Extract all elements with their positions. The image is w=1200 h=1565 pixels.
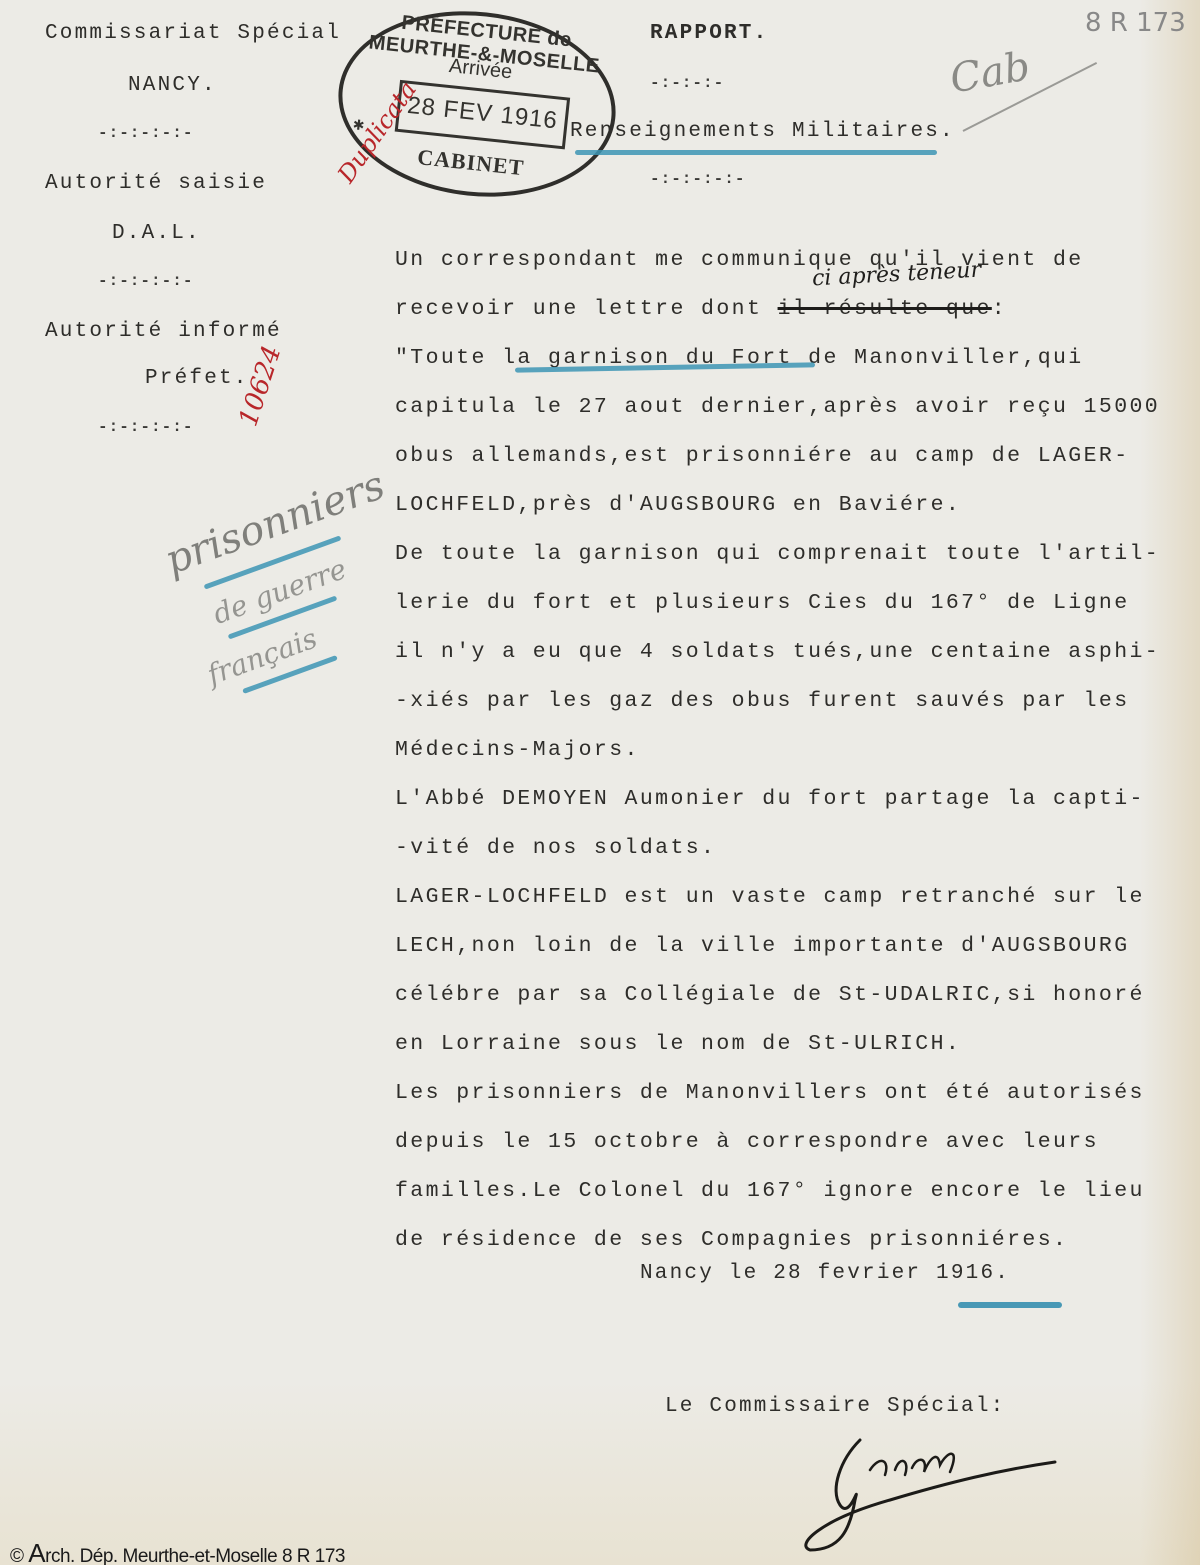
document-type: RAPPORT. (650, 22, 768, 45)
body-line: recevoir une lettre dont il résulte que: (395, 285, 1195, 334)
place-date: Nancy le 28 fevrier 1916. (640, 1262, 1010, 1285)
body-line-end: : (992, 297, 1007, 321)
body-line: -xiés par les gaz des obus furent sauvés… (395, 677, 1195, 726)
body-line: capitula le 27 aout dernier,après avoir … (395, 383, 1195, 432)
margin-note-line: prisonniers (159, 462, 391, 584)
body-line: lerie du fort et plusieurs Cies du 167° … (395, 579, 1195, 628)
body-line: obus allemands,est prisonniére au camp d… (395, 432, 1195, 481)
body-line: LAGER-LOCHFELD est un vaste camp retranc… (395, 873, 1195, 922)
stamp-date: 28 FEV 1916 (399, 91, 566, 136)
body-line: Les prisonniers de Manonvillers ont été … (395, 1069, 1195, 1118)
signature (800, 1400, 1080, 1560)
separator: -:-:-:- (650, 74, 724, 92)
body-line-text: recevoir une lettre dont (395, 297, 778, 321)
archive-copyright: © Arch. Dép. Meurthe-et-Moselle 8 R 173 (10, 1538, 345, 1565)
body-line: familles.Le Colonel du 167° ignore encor… (395, 1167, 1195, 1216)
date-underline (958, 1302, 1062, 1308)
copyright-text: rch. Dép. Meurthe-et-Moselle 8 R 173 (45, 1546, 345, 1565)
archive-reference: 8 R 173 (1085, 8, 1186, 38)
separator: -:-:-:-:- (98, 124, 193, 142)
pencil-note-cab: Cab (947, 43, 1034, 102)
office-name: Commissariat Spécial (45, 22, 341, 45)
separator: -:-:-:-:- (98, 418, 193, 436)
body-line: "Toute la garnison du Fort de Manonville… (395, 334, 1195, 383)
struck-text: il résulte que (778, 297, 992, 321)
body-line: Médecins-Majors. (395, 726, 1195, 775)
subject-underline (575, 150, 937, 155)
report-body: Un correspondant me communique qu'il vie… (395, 236, 1195, 1265)
report-subject: Renseignements Militaires. (570, 120, 955, 143)
body-line: De toute la garnison qui comprenait tout… (395, 530, 1195, 579)
body-line: L'Abbé DEMOYEN Aumonier du fort partage … (395, 775, 1195, 824)
body-line: -vité de nos soldats. (395, 824, 1195, 873)
body-line: LOCHFELD,près d'AUGSBOURG en Baviére. (395, 481, 1195, 530)
body-line: en Lorraine sous le nom de St-ULRICH. (395, 1020, 1195, 1069)
body-line: il n'y a eu que 4 soldats tués,une centa… (395, 628, 1195, 677)
prefecture-received-stamp: PRÉFECTURE de MEURTHE-&-MOSELLE Arrivée … (329, 0, 625, 210)
autorite-informe-label: Autorité informé (45, 320, 282, 343)
separator: -:-:-:-:- (650, 170, 745, 188)
copyright-symbol: © (10, 1546, 24, 1565)
autorite-informe-value: Préfet. (145, 367, 249, 390)
body-line: Un correspondant me communique qu'il vie… (395, 236, 1195, 285)
copyright-initial: A (28, 1538, 45, 1565)
signature-stroke-icon (800, 1400, 1080, 1560)
office-city: NANCY. (128, 74, 217, 97)
separator: -:-:-:-:- (98, 272, 193, 290)
body-line: célébre par sa Collégiale de St-UDALRIC,… (395, 971, 1195, 1020)
left-header: Commissariat Spécial NANCY. -:-:-:-:- Au… (0, 0, 360, 460)
body-line: LECH,non loin de la ville importante d'A… (395, 922, 1195, 971)
body-line: de résidence de ses Compagnies prisonnié… (395, 1216, 1195, 1265)
autorite-saisie-label: Autorité saisie (45, 172, 267, 195)
document-page: Commissariat Spécial NANCY. -:-:-:-:- Au… (0, 0, 1200, 1565)
body-line: depuis le 15 octobre à correspondre avec… (395, 1118, 1195, 1167)
autorite-saisie-value: D.A.L. (112, 222, 201, 245)
